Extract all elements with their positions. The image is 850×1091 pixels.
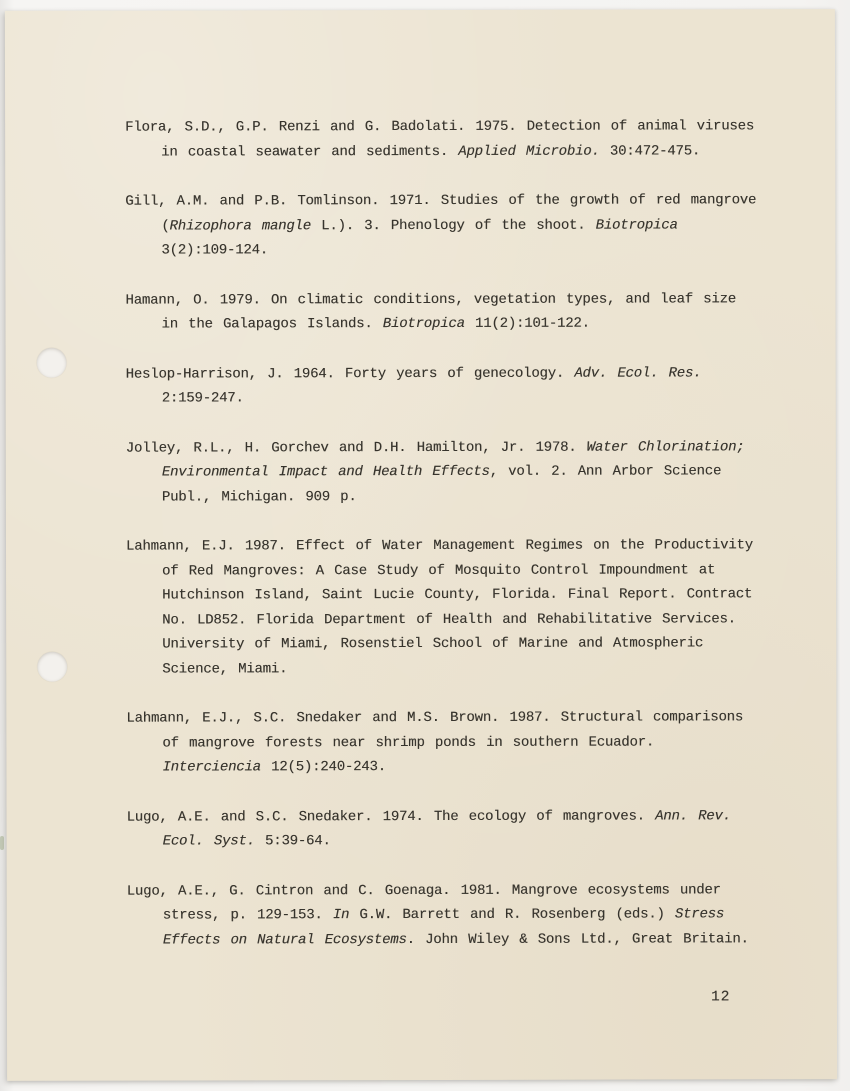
reference-line: Ecol. Syst. 5:39-64. bbox=[127, 828, 807, 854]
reference-line: in the Galapagos Islands. Biotropica 11(… bbox=[126, 311, 806, 337]
scanner-edge-mark bbox=[0, 836, 4, 850]
reference-entry: Lugo, A.E., G. Cintron and C. Goenaga. 1… bbox=[127, 878, 807, 953]
reference-line: 2:159-247. bbox=[126, 385, 806, 411]
reference-line: Environmental Impact and Health Effects,… bbox=[126, 459, 806, 485]
page-number: 12 bbox=[711, 989, 730, 1005]
reference-line: Jolley, R.L., H. Gorchev and D.H. Hamilt… bbox=[126, 435, 806, 461]
reference-line: Science, Miami. bbox=[126, 656, 806, 682]
reference-entry: Lahmann, E.J. 1987. Effect of Water Mana… bbox=[126, 533, 806, 681]
reference-line: Flora, S.D., G.P. Renzi and G. Badolati.… bbox=[125, 114, 805, 140]
document-page: Flora, S.D., G.P. Renzi and G. Badolati.… bbox=[5, 9, 837, 1081]
reference-entry: Lahmann, E.J., S.C. Snedaker and M.S. Br… bbox=[126, 705, 806, 780]
reference-line: stress, p. 129-153. In G.W. Barrett and … bbox=[127, 902, 807, 928]
reference-line: Hutchinson Island, Saint Lucie County, F… bbox=[126, 582, 806, 608]
punch-hole-top bbox=[37, 348, 67, 378]
reference-line: 3(2):109-124. bbox=[125, 237, 805, 263]
reference-entry: Lugo, A.E. and S.C. Snedaker. 1974. The … bbox=[127, 804, 807, 854]
reference-line: Heslop-Harrison, J. 1964. Forty years of… bbox=[126, 361, 806, 387]
reference-line: Lugo, A.E. and S.C. Snedaker. 1974. The … bbox=[127, 804, 807, 830]
reference-entry: Gill, A.M. and P.B. Tomlinson. 1971. Stu… bbox=[125, 188, 805, 263]
reference-entry: Heslop-Harrison, J. 1964. Forty years of… bbox=[126, 361, 806, 411]
reference-line: Hamann, O. 1979. On climatic conditions,… bbox=[125, 287, 805, 313]
reference-entry: Jolley, R.L., H. Gorchev and D.H. Hamilt… bbox=[126, 435, 806, 510]
reference-line: University of Miami, Rosenstiel School o… bbox=[126, 631, 806, 657]
reference-line: Lahmann, E.J., S.C. Snedaker and M.S. Br… bbox=[126, 705, 806, 731]
reference-line: No. LD852. Florida Department of Health … bbox=[126, 607, 806, 633]
reference-line: Gill, A.M. and P.B. Tomlinson. 1971. Stu… bbox=[125, 188, 805, 214]
reference-entry: Flora, S.D., G.P. Renzi and G. Badolati.… bbox=[125, 114, 805, 164]
reference-line: of Red Mangroves: A Case Study of Mosqui… bbox=[126, 558, 806, 584]
reference-line: Lugo, A.E., G. Cintron and C. Goenaga. 1… bbox=[127, 878, 807, 904]
reference-line: (Rhizophora mangle L.). 3. Phenology of … bbox=[125, 213, 805, 239]
reference-line: in coastal seawater and sediments. Appli… bbox=[125, 139, 805, 165]
reference-line: Interciencia 12(5):240-243. bbox=[126, 754, 806, 780]
reference-line: of mangrove forests near shrimp ponds in… bbox=[126, 730, 806, 756]
reference-list: Flora, S.D., G.P. Renzi and G. Badolati.… bbox=[125, 114, 807, 952]
reference-line: Publ., Michigan. 909 p. bbox=[126, 484, 806, 510]
reference-entry: Hamann, O. 1979. On climatic conditions,… bbox=[125, 287, 805, 337]
scan-background: Flora, S.D., G.P. Renzi and G. Badolati.… bbox=[0, 0, 850, 1091]
punch-hole-bottom bbox=[37, 652, 67, 682]
reference-line: Lahmann, E.J. 1987. Effect of Water Mana… bbox=[126, 533, 806, 559]
reference-line: Effects on Natural Ecosystems. John Wile… bbox=[127, 927, 807, 953]
